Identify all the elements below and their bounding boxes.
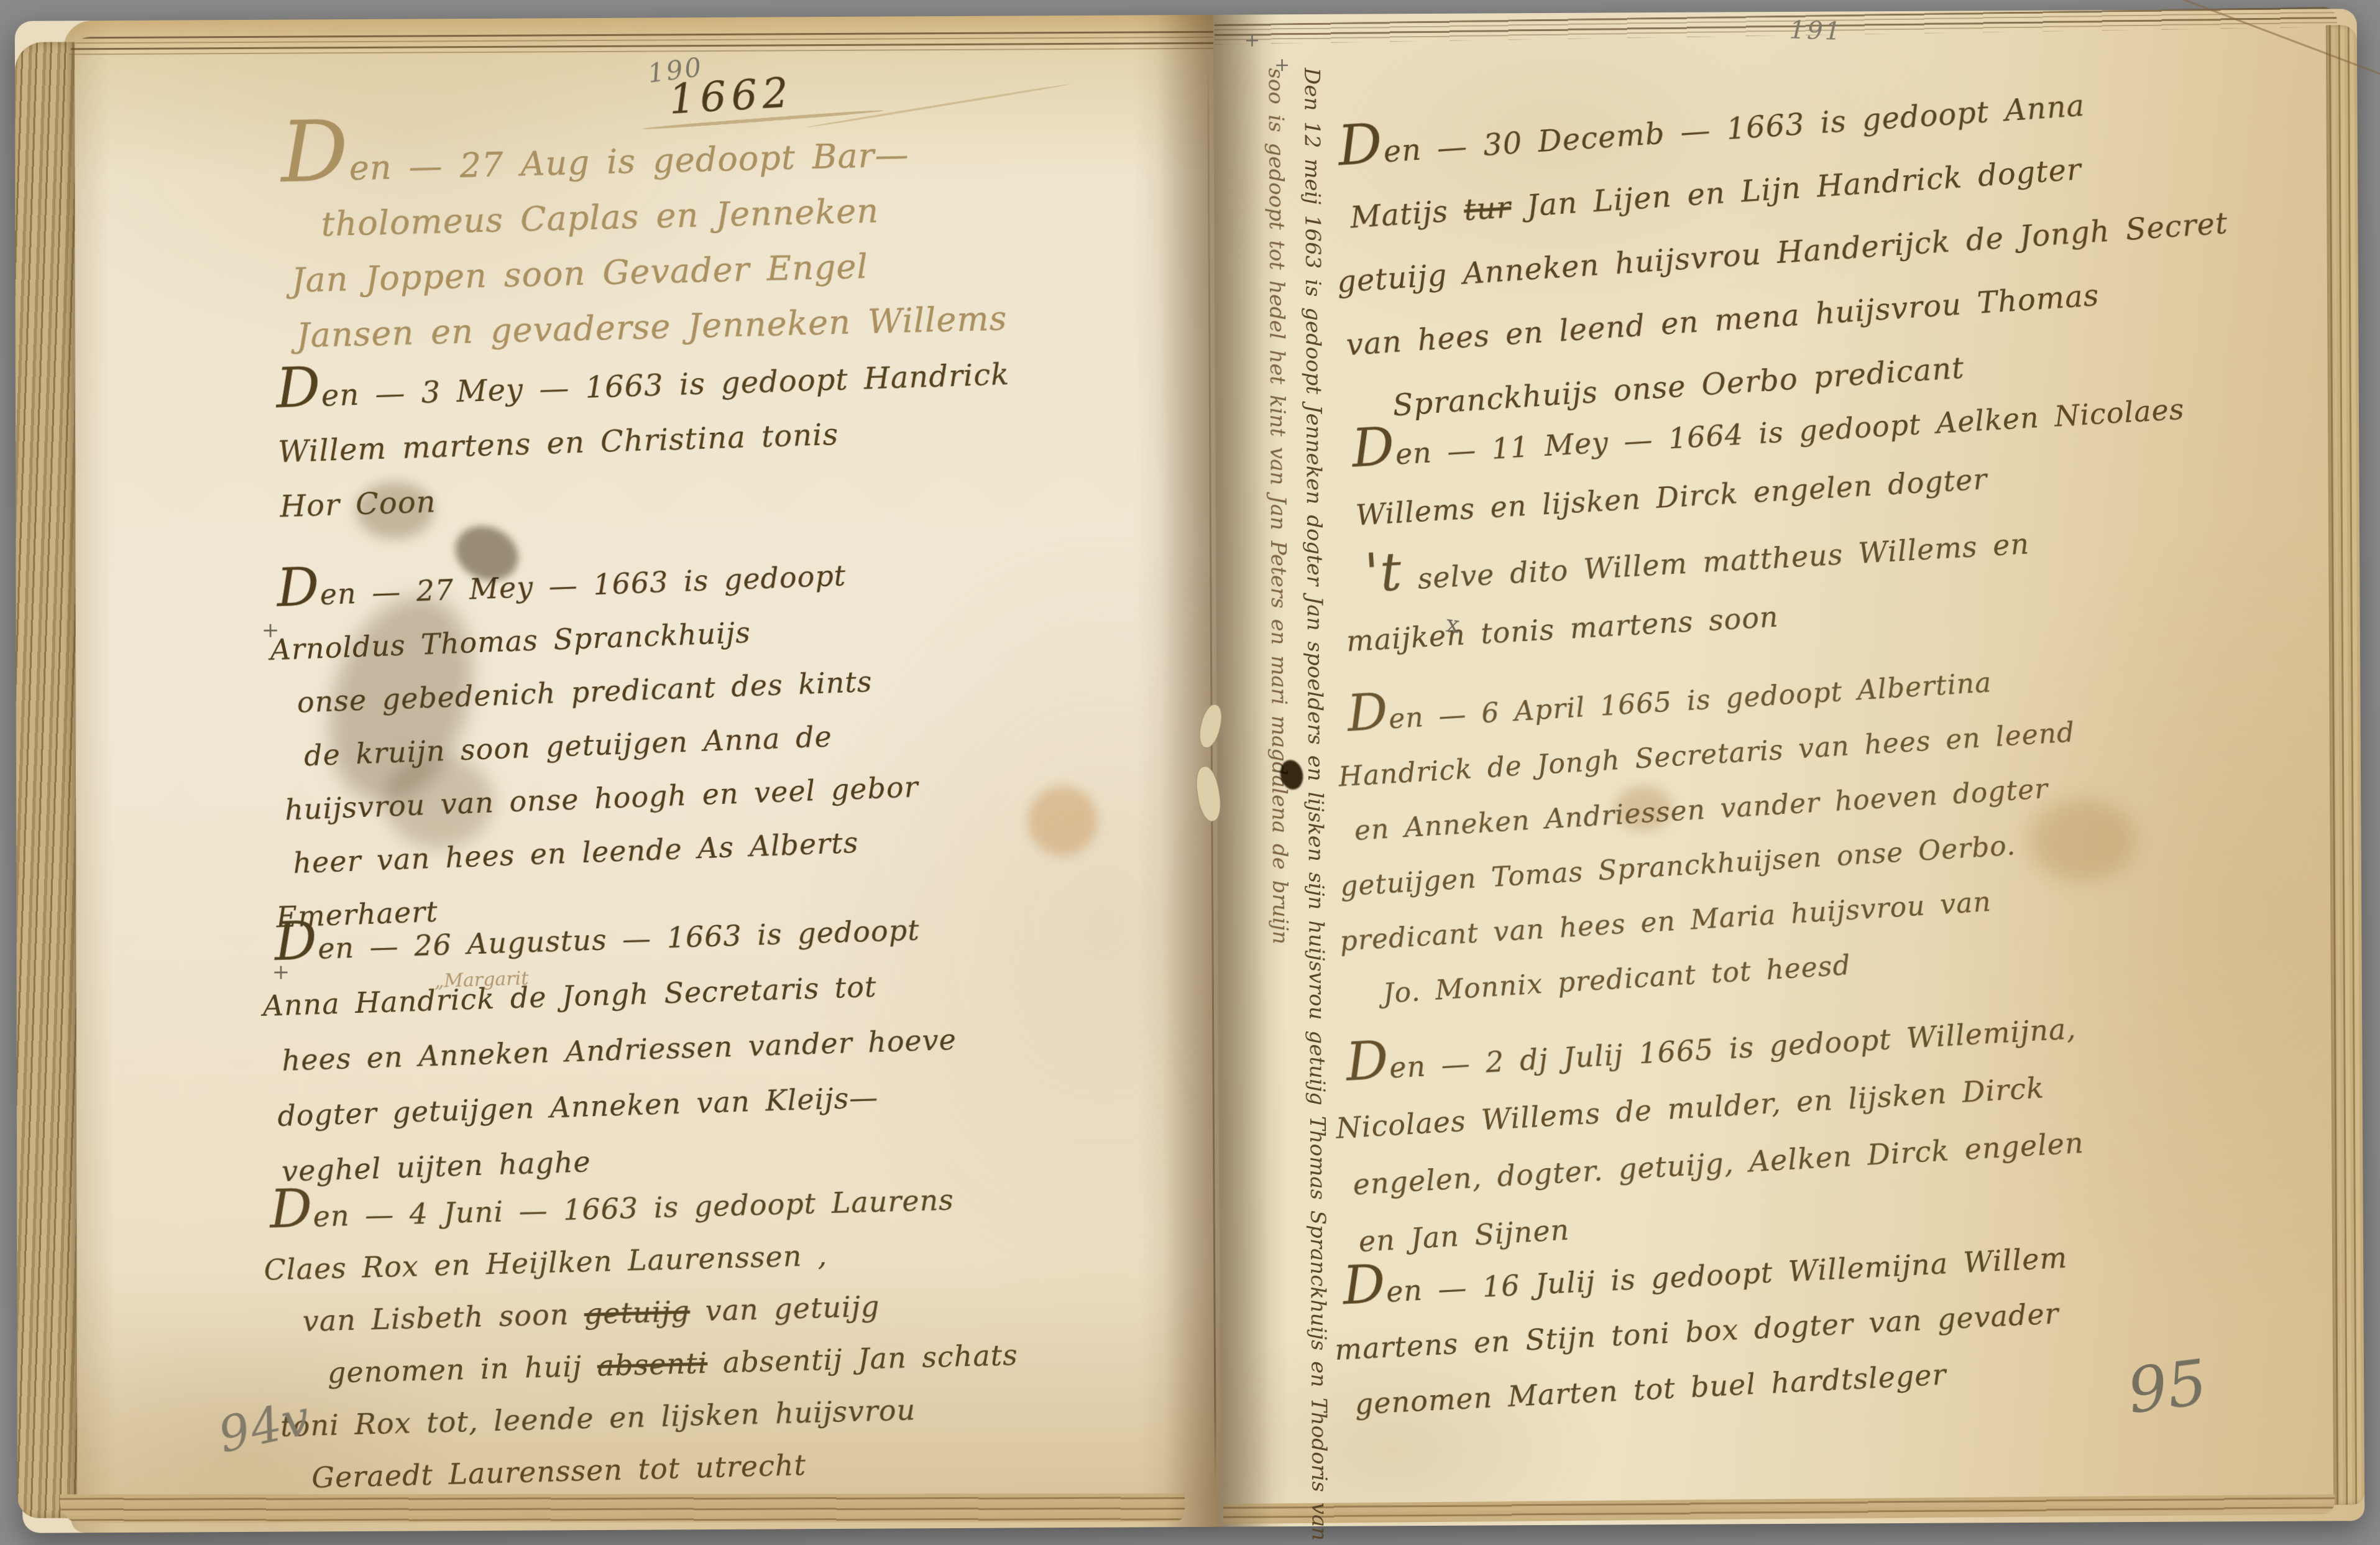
struck-word: absenti — [597, 1346, 708, 1383]
baptism-entry: Den — 3 Mey — 1663 is gedoopt Handrick W… — [275, 347, 1014, 534]
gutter-margin-line: Den 12 meij 1663 is gedoopt Jenneken dog… — [1293, 68, 1337, 1492]
line-segment: absentij Jan schats — [707, 1338, 1019, 1380]
baptism-entry: Den — 2 dj Julij 1665 is gedoopt Willemi… — [1344, 1000, 2088, 1270]
line-segment: van getuijg — [689, 1289, 880, 1328]
margin-cross-mark: + — [262, 618, 280, 643]
margin-cross-mark: + — [1244, 29, 1260, 51]
pencil-page-number-right: 191 — [1789, 16, 1843, 46]
baptism-entry: „Margarit Den — 26 Augustus — 1663 is ge… — [274, 902, 961, 1199]
struck-word: getuijg — [584, 1294, 691, 1331]
baptism-entry: Den — 27 Mey — 1663 is gedoopt Arnoldus … — [276, 546, 923, 943]
line-segment: genomen in huij — [327, 1349, 597, 1390]
gutter-margin-line: soo is gedoopt tot hedel het kint van Ja… — [1257, 68, 1301, 1492]
photograph-background: 190 1662 + + 94v Den — 27 Aug is gedoopt… — [0, 0, 2380, 1545]
baptism-entry: Den — 4 Juni — 1663 is gedoopt Laurens C… — [269, 1172, 1021, 1505]
gutter-margin-note: Den 12 meij 1663 is gedoopt Jenneken dog… — [1257, 68, 1337, 1492]
margin-cross-mark: + — [272, 960, 290, 985]
folio-number-right: 95 — [2123, 1345, 2211, 1427]
line-segment: van Lisbeth soon — [302, 1297, 584, 1338]
baptism-entry: Den — 30 Decemb — 1663 is gedoopt Anna M… — [1336, 65, 2238, 440]
baptism-entry: Den — 6 April 1665 is gedoopt Albertina … — [1346, 650, 2090, 1022]
open-book: 190 1662 + + 94v Den — 27 Aug is gedoopt… — [15, 9, 2365, 1533]
struck-word: tur — [1463, 190, 1512, 228]
interlinear-insertion: „Margarit — [433, 951, 529, 1009]
baptism-entry: Den — 27 Aug is gedoopt Bar— tholomeus C… — [280, 118, 1008, 363]
line-segment: Matijs — [1349, 193, 1465, 235]
margin-cross-mark: + — [1274, 54, 1290, 76]
